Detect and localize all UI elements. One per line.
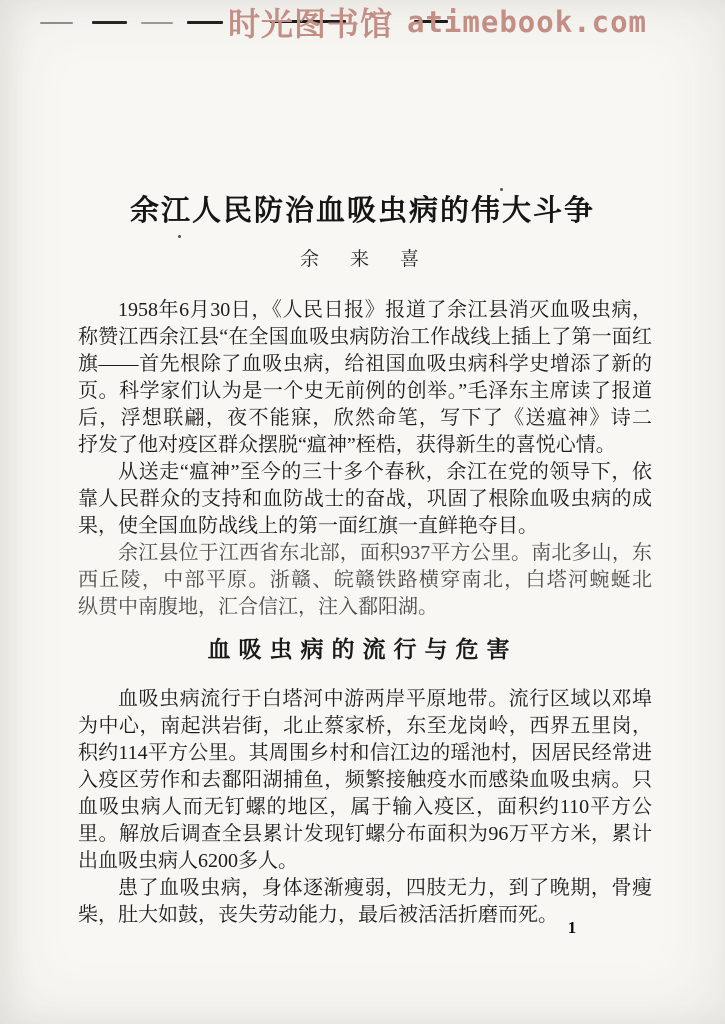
text-line: 从送走“瘟神”至今的三十多个春秋，余江在党的领导下，依: [78, 459, 652, 486]
body-text-block-1: 1958年6月30日，《人民日报》报道了余江县消灭血吸虫病， 称赞江西余江县“在…: [78, 297, 652, 621]
text-line: 抒发了他对疫区群众摆脱“瘟神”桎梏，获得新生的喜悦心情。: [78, 432, 652, 459]
text-line: 旗——首先根除了血吸虫病，给祖国血吸虫病科学史增添了新的一: [78, 351, 652, 378]
text-line: 纵贯中南腹地，汇合信江，注入鄱阳湖。: [78, 594, 652, 621]
page-number: 1: [560, 918, 584, 938]
section-heading: 血吸虫病的流行与危害: [0, 631, 725, 664]
watermark-library-name: 时光图书馆: [228, 0, 393, 45]
dash-mark: [92, 21, 127, 24]
text-line: 果，使全国血防战线上的第一面红旗一直鲜艳夺目。: [78, 513, 652, 540]
text-line: 1958年6月30日，《人民日报》报道了余江县消灭血吸虫病，: [78, 297, 652, 324]
scan-speck: [178, 235, 181, 238]
text-line: 为中心，南起洪岩街，北止蔡家桥，东至龙岗岭，西界五里岗，面: [78, 713, 652, 740]
body-text-block-2: 血吸虫病流行于白塔河中游两岸平原地带。流行区域以邓埠镇 为中心，南起洪岩街，北止…: [78, 686, 652, 929]
text-line: 页。科学家们认为是一个史无前例的创举。”毛泽东主席读了报道: [78, 378, 652, 405]
dash-mark: [141, 22, 173, 24]
article-author: 余 来 喜: [0, 244, 725, 271]
watermark-site-name: atimebook.com: [407, 5, 647, 39]
text-line: 出血吸虫病人6200多人。: [78, 848, 652, 875]
text-line: 里。解放后调查全县累计发现钉螺分布面积为96万平方米，累计查: [78, 821, 652, 848]
text-line: 靠人民群众的支持和血防战士的奋战，巩固了根除血吸虫病的成: [78, 486, 652, 513]
text-line: 入疫区劳作和去鄱阳湖捕鱼，频繁接触疫水而感染血吸虫病。只有: [78, 767, 652, 794]
dash-mark: [187, 21, 223, 24]
text-line: 患了血吸虫病，身体逐渐瘦弱，四肢无力，到了晚期，骨瘦如: [78, 875, 652, 902]
scanned-book-page: 时光图书馆 atimebook.com 余江人民防治血吸虫病的伟大斗争 余 来 …: [0, 0, 725, 1024]
text-line: 西丘陵，中部平原。浙赣、皖赣铁路横穿南北，白塔河蜿蜒北流，: [78, 567, 652, 594]
watermark: 时光图书馆 atimebook.com: [228, 4, 647, 40]
text-line: 积约114平方公里。其周围乡村和信江边的瑶池村，因居民经常进: [78, 740, 652, 767]
text-line: 血吸虫病人而无钉螺的地区，属于输入疫区，面积约110平方公: [78, 794, 652, 821]
dash-mark: [40, 22, 73, 24]
article-title: 余江人民防治血吸虫病的伟大斗争: [0, 188, 725, 229]
text-line: 血吸虫病流行于白塔河中游两岸平原地带。流行区域以邓埠镇: [78, 686, 652, 713]
text-line: 称赞江西余江县“在全国血吸虫病防治工作战线上插上了第一面红: [78, 324, 652, 351]
text-line: 后，浮想联翩，夜不能寐，欣然命笔，写下了《送瘟神》诗二首，: [78, 405, 652, 432]
text-line: 余江县位于江西省东北部，面积937平方公里。南北多山，东: [78, 540, 652, 567]
